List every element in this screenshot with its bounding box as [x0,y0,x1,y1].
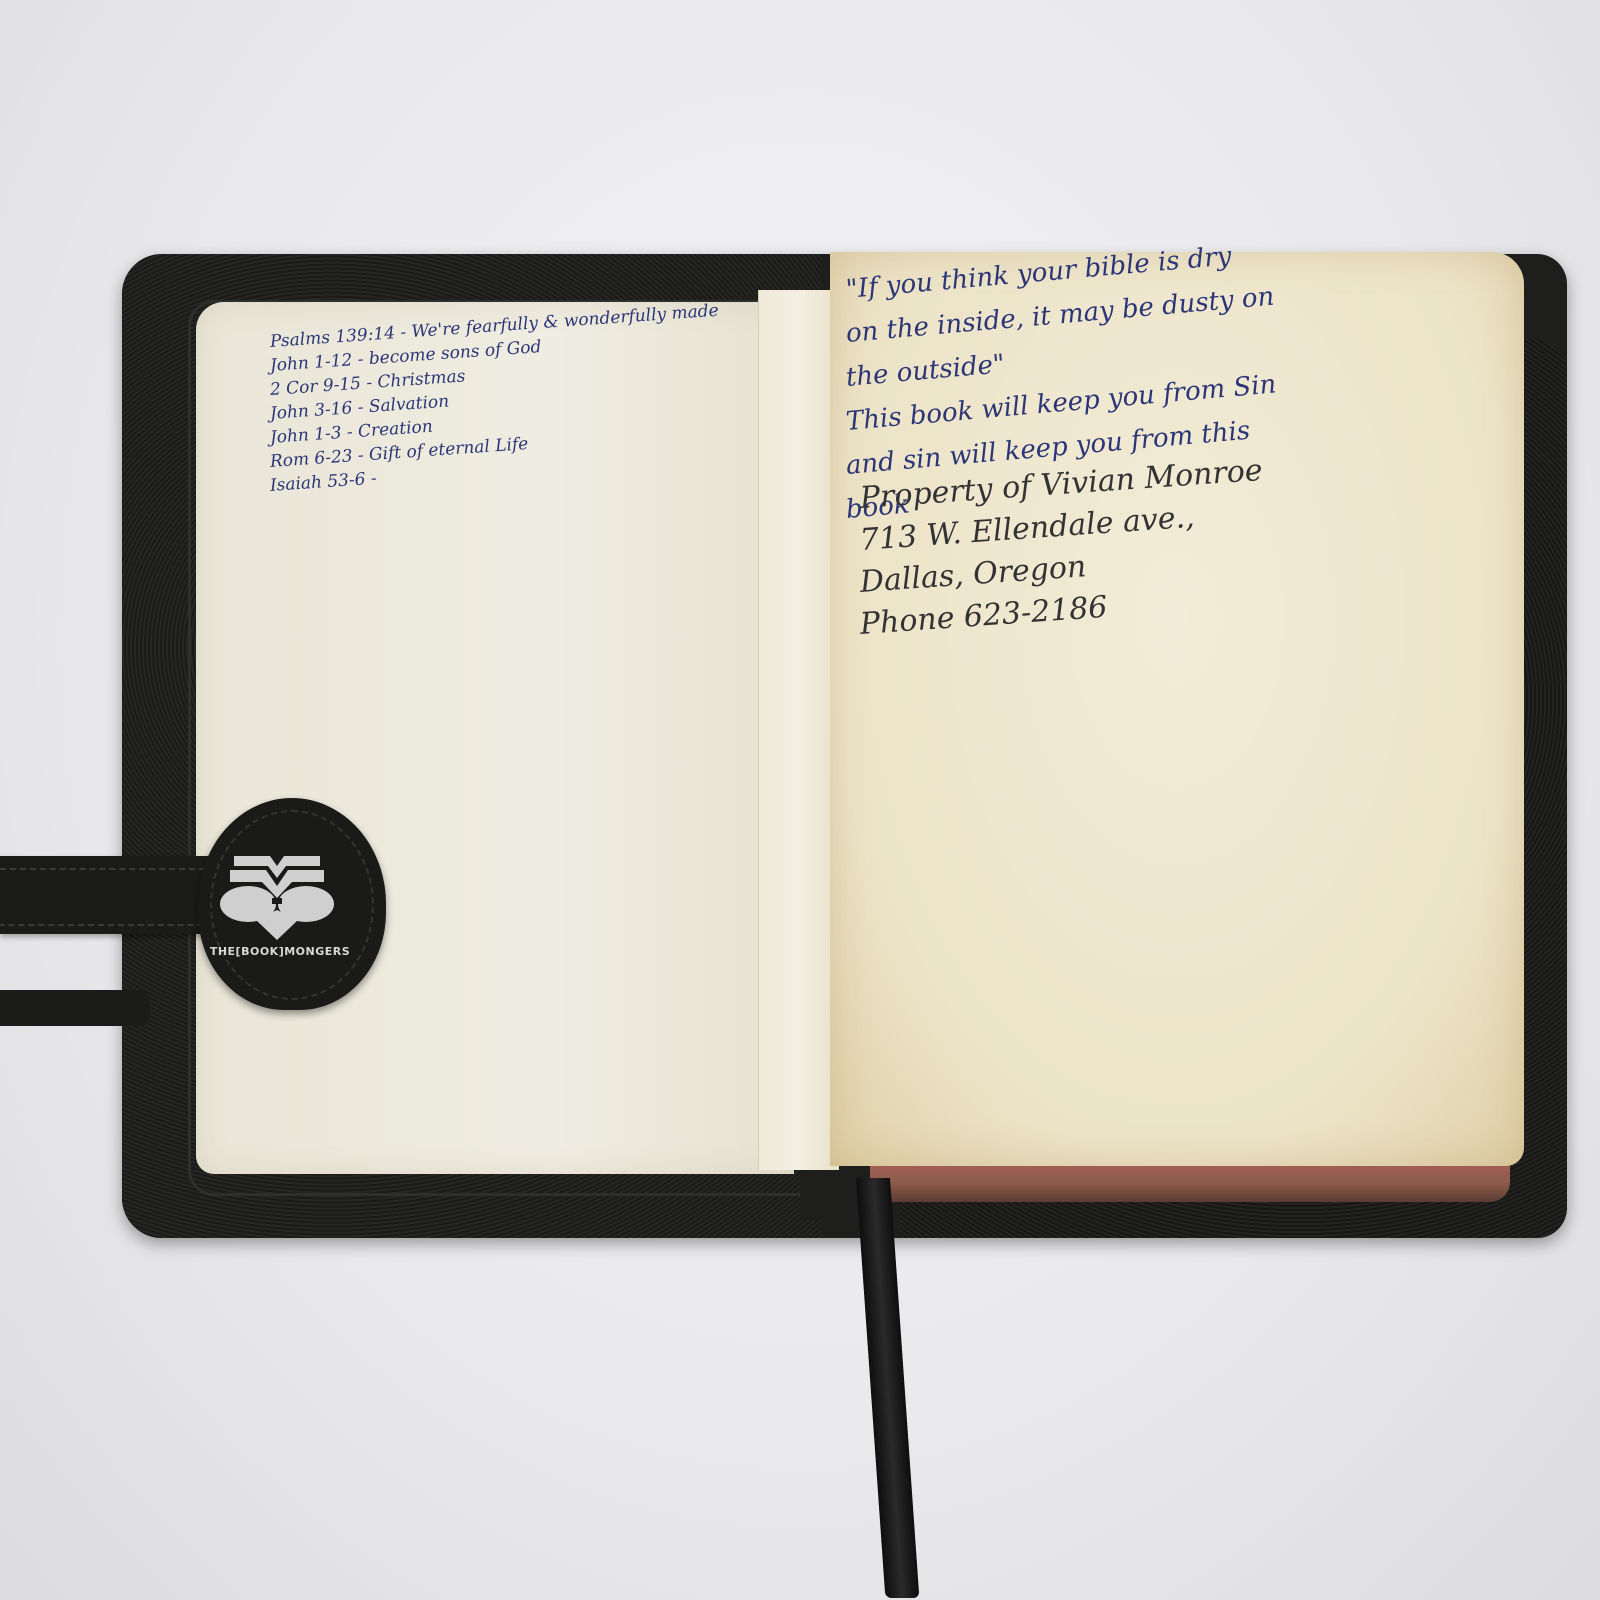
gutter-flap [758,290,839,1170]
ownership-inscription: Property of Vivian Monroe 713 W. Ellenda… [860,478,1263,646]
photo-scene: Psalms 139:14 - We're fearfully & wonder… [0,0,1600,1600]
book-with-glasses-logo-icon [212,852,342,942]
ribbon-bookmark [856,1178,919,1598]
strap-loop [0,990,150,1026]
brand-label: THE[BOOK]MONGERS [200,945,360,958]
scripture-notes: Psalms 139:14 - We're fearfully & wonder… [270,330,720,498]
